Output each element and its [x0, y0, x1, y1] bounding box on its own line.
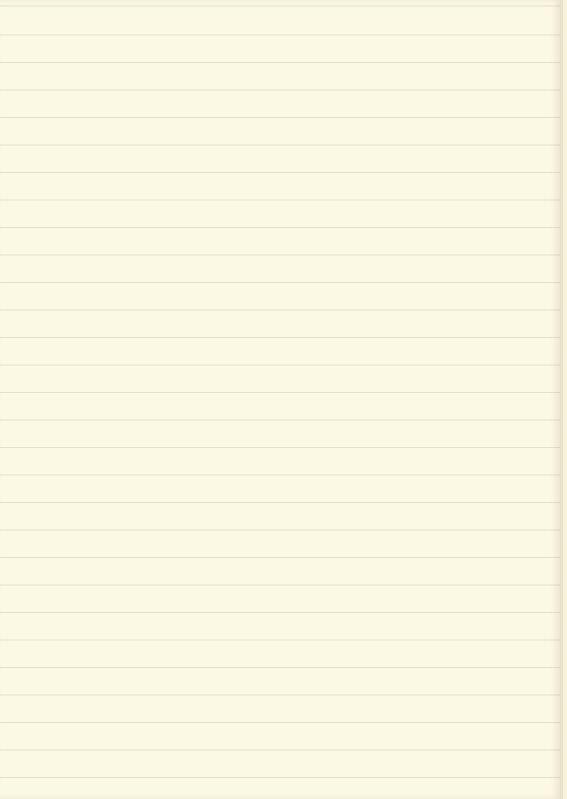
notebook-page [0, 0, 563, 799]
